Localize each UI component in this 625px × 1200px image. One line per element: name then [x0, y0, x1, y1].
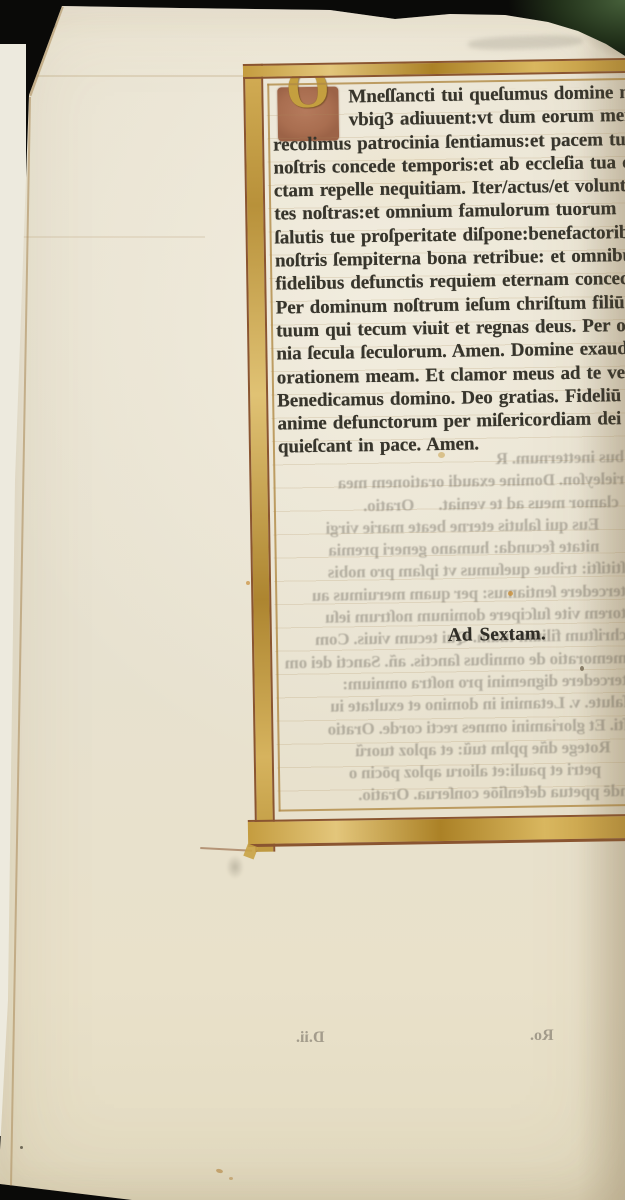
- text-block-area: bus inetternum. Rrieleyſon. Domine exaud…: [0, 0, 625, 1200]
- stain-dot: [20, 1146, 23, 1149]
- gold-fleck: [438, 452, 445, 458]
- stain-smudge: [226, 855, 244, 879]
- gutter-shadow: [577, 0, 625, 1200]
- stain-fleck: [229, 1177, 233, 1180]
- stain-dot: [508, 591, 513, 596]
- section-heading: Ad Sextam.: [448, 623, 546, 647]
- show-through-signature-dii: D.ii.: [296, 1029, 324, 1047]
- manuscript-photo: 56 bus inetternum. Rrieleyſon. Domine ex…: [0, 0, 625, 1200]
- frame-corner-tip: [243, 843, 258, 859]
- stain-dot: [246, 581, 250, 585]
- show-through-signature-ro: Ro.: [530, 1027, 554, 1045]
- frame-bottom-band: [248, 814, 625, 847]
- prayer-text: O Mneſſancti tui queſumus domine novbiq3…: [272, 80, 625, 459]
- manuscript-page: 56 bus inetternum. Rrieleyſon. Domine ex…: [0, 0, 625, 1200]
